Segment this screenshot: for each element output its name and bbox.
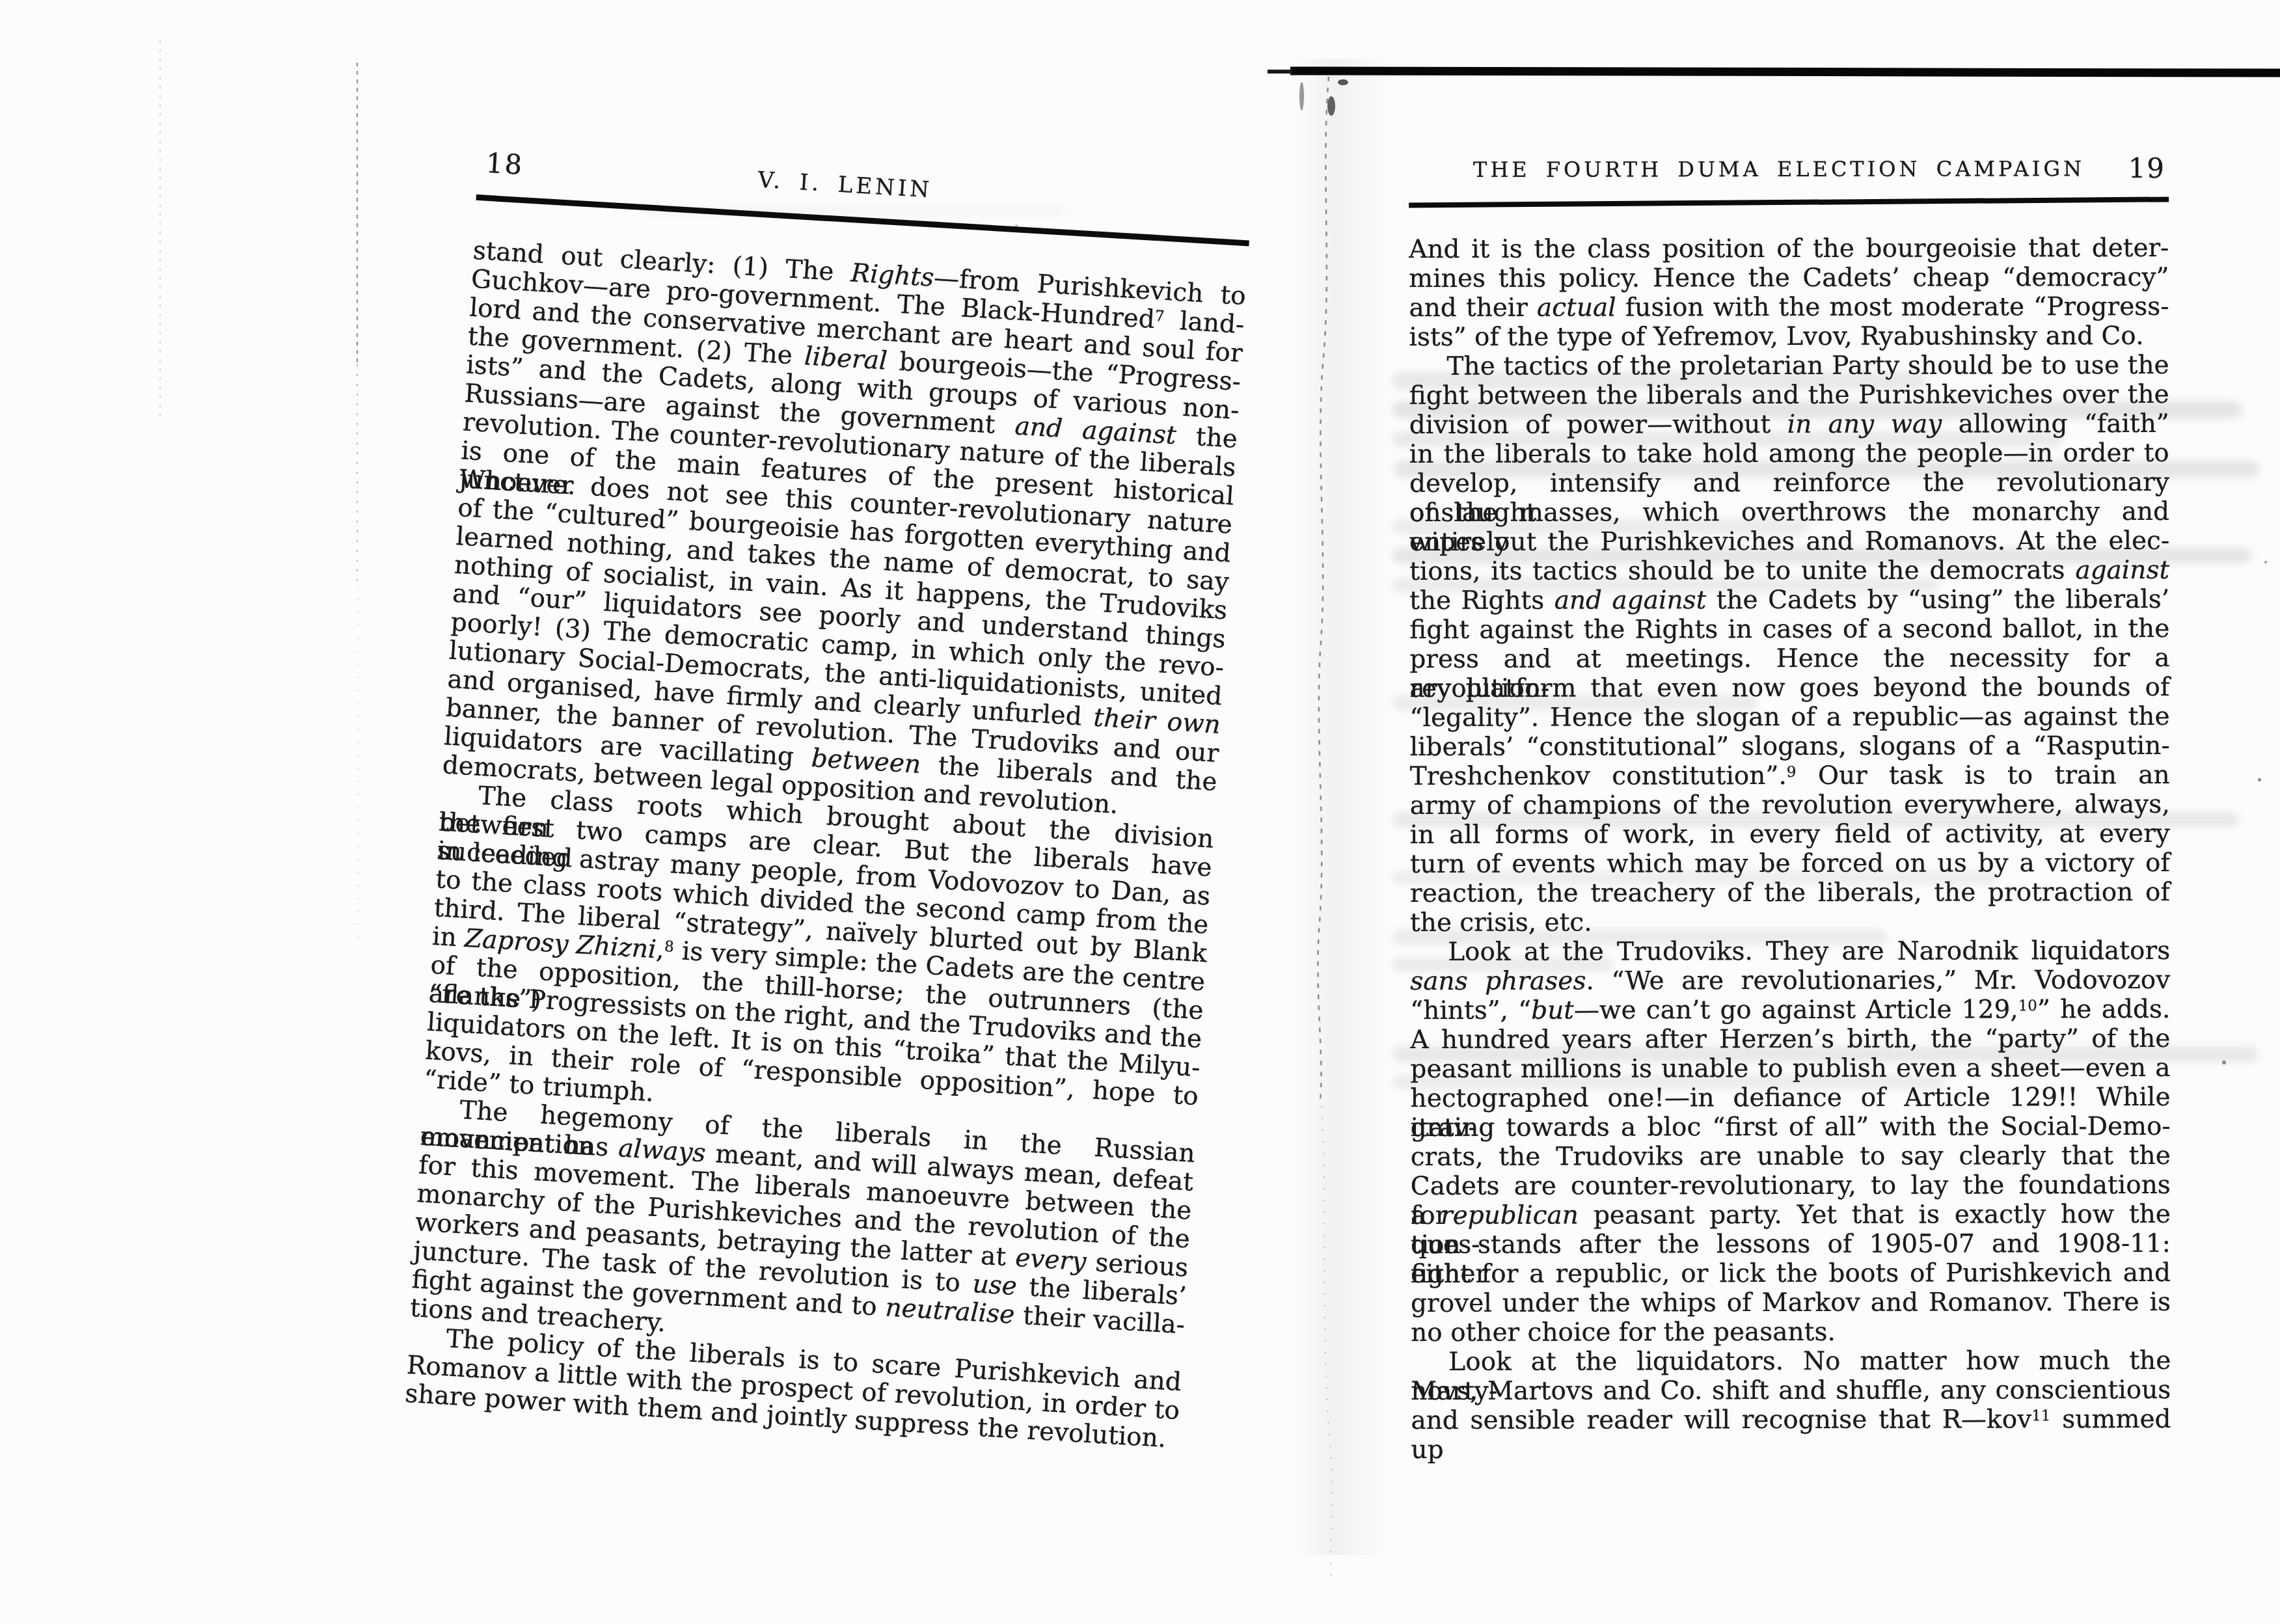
scan-top-edge-bar-tail [1268, 70, 1292, 74]
ink-speck [1299, 82, 1304, 111]
right-page: THE FOURTH DUMA ELECTION CAMPAIGN 19 And… [1409, 147, 2171, 1435]
text-line: fight for a republic, or lick the boots … [1411, 1258, 2171, 1289]
text-line: fight against the Rights in cases of a s… [1409, 614, 2169, 645]
text-line: Cadets are counter-revolutionary, to lay… [1411, 1171, 2171, 1201]
scan-top-edge-bar [1290, 66, 2280, 77]
text-line: “legality”. Hence the slogan of a republ… [1409, 702, 2169, 733]
text-line: the Rights and against the Cadets by “us… [1409, 585, 2169, 616]
text-line: grovel under the whips of Markov and Rom… [1411, 1288, 2171, 1318]
ink-speck [1338, 79, 1348, 85]
text-line: itating towards a bloc “first of all” wi… [1411, 1112, 2171, 1143]
text-line: sans phrases. “We are revolutionaries,” … [1410, 966, 2170, 996]
gutter-fold-line-faint [1322, 1106, 1332, 1581]
text-line: ary platform that even now goes beyond t… [1409, 673, 2169, 703]
text-line: liberals’ “constitutional” slogans, slog… [1410, 731, 2170, 762]
scanned-book-spread: { "paper_color": "#fcfcfb", "ink_color":… [0, 0, 2280, 1624]
text-line: a republican peasant party. Yet that is … [1411, 1200, 2171, 1230]
ink-speck [2264, 561, 2267, 563]
running-head: THE FOURTH DUMA ELECTION CAMPAIGN [1409, 156, 2149, 182]
ink-speck [2222, 1061, 2226, 1064]
left-page-body-text: stand out clearly: (1) The Rights—from P… [404, 237, 1247, 1454]
text-line: The tactics of the proletarian Party sho… [1409, 351, 2169, 381]
text-line: mines this policy. Hence the Cadets’ che… [1409, 263, 2169, 293]
text-line: peasant millions is unable to publish ev… [1410, 1053, 2170, 1084]
text-line: A hundred years after Herzen’s birth, th… [1410, 1024, 2170, 1055]
text-line: division of power—without in any way all… [1409, 409, 2169, 440]
text-line: and sensible reader will recognise that … [1411, 1405, 2171, 1435]
text-line: of the masses, which overthrows the mona… [1409, 497, 2169, 528]
text-line: and their actual fusion with the most mo… [1409, 292, 2169, 323]
text-line: Look at the Trudoviks. They are Narodnik… [1410, 936, 2170, 967]
gutter-shadow [1292, 59, 1389, 1555]
text-line: And it is the class position of the bour… [1409, 234, 2169, 264]
text-line: in the liberals to take hold among the p… [1409, 439, 2169, 469]
text-line: crats, the Trudoviks are unable to say c… [1411, 1141, 2171, 1172]
text-line: army of champions of the revolution ever… [1410, 790, 2170, 820]
text-line: the crisis, etc. [1410, 907, 2170, 938]
running-head: V. I. LENIN [478, 150, 1213, 220]
text-line: in all forms of work, in every field of … [1410, 819, 2170, 850]
text-line: ists” of the type of Yefremov, Lvov, Rya… [1409, 321, 2169, 352]
text-line: tions, its tactics should be to unite th… [1409, 556, 2169, 586]
text-line: reaction, the treachery of the liberals,… [1410, 878, 2170, 908]
text-line: wipes out the Purishkeviches and Romanov… [1409, 526, 2169, 557]
text-line: hectographed one!—in defiance of Article… [1411, 1083, 2171, 1113]
text-line: develop, intensify and reinforce the rev… [1409, 468, 2169, 498]
text-line: “hints”, “but—we can’t go against Articl… [1410, 995, 2170, 1025]
gutter-fold-line [1318, 77, 1329, 1101]
page-number: 19 [2128, 152, 2166, 184]
ink-speck [2258, 778, 2261, 781]
text-line: novs, Martovs and Co. shift and shuffle,… [1411, 1375, 2171, 1406]
text-line: press and at meetings. Hence the necessi… [1409, 643, 2169, 674]
text-line: turn of events which may be forced on us… [1410, 848, 2170, 879]
left-page: 18 V. I. LENIN stand out clearly: (1) Th… [404, 140, 1253, 1454]
right-page-header: THE FOURTH DUMA ELECTION CAMPAIGN 19 [1409, 147, 2169, 200]
right-page-body-text: And it is the class position of the bour… [1409, 234, 2171, 1435]
text-line: Look at the liquidators. No matter how m… [1411, 1346, 2171, 1377]
text-line: tion stands after the lessons of 1905-07… [1411, 1229, 2171, 1260]
left-page-header: 18 V. I. LENIN [476, 140, 1253, 240]
text-line: fight between the liberals and the Puris… [1409, 380, 2169, 411]
ink-speck [1327, 96, 1335, 116]
text-line: Treshchenkov constitution”.9 Our task is… [1410, 761, 2170, 791]
text-line: no other choice for the peasants. [1411, 1317, 2171, 1347]
